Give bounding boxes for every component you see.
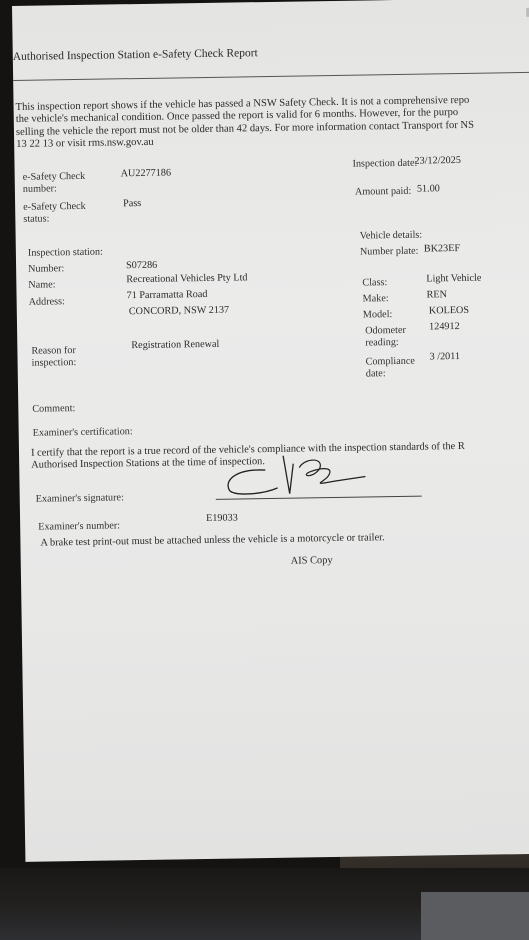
signature-label: Examiner's signature: (36, 492, 124, 505)
check-number-value: AU2277186 (121, 168, 172, 181)
station-name-label: Name: (28, 279, 55, 291)
plate-label: Number plate: (360, 245, 430, 258)
station-name-value: Recreational Vehicles Pty Ltd (126, 272, 247, 286)
make-label: Make: (363, 293, 389, 305)
vehicle-heading: Vehicle details: (360, 230, 423, 243)
certification-heading: Examiner's certification: (33, 426, 133, 440)
examiner-number-label: Examiner's number: (38, 520, 120, 533)
compliance-value: 3 /2011 (429, 351, 460, 363)
examiner-number-value: E19033 (206, 513, 238, 525)
check-status-label: e-Safety Check status: (23, 201, 103, 226)
report-paper: Authorised Inspection Station e-Safety C… (12, 0, 529, 862)
reason-label: Reason for inspection: (31, 344, 111, 369)
inspection-date-value: 23/12/2025 (414, 155, 461, 168)
station-address-line2: CONCORD, NSW 2137 (129, 305, 229, 319)
make-value: REN (427, 289, 448, 301)
title-divider (13, 72, 529, 81)
check-number-label: e-Safety Check number: (23, 171, 103, 196)
class-value: Light Vehicle (426, 273, 481, 286)
ais-copy-label: AIS Copy (291, 555, 333, 567)
compliance-label: Compliance date: (366, 355, 436, 380)
plate-value: BK23EF (424, 243, 460, 256)
floor-background (421, 892, 529, 940)
model-label: Model: (363, 309, 393, 321)
check-status-value: Pass (123, 198, 141, 210)
station-heading: Inspection station: (28, 247, 103, 260)
amount-paid-value: 51.00 (417, 183, 440, 195)
amount-paid-label: Amount paid: (355, 186, 425, 199)
station-address-line1: 71 Parramatta Road (126, 289, 207, 302)
odometer-value: 124912 (429, 321, 460, 333)
brake-test-note: A brake test print-out must be attached … (40, 532, 384, 549)
inspection-date-label: Inspection date: (352, 158, 422, 171)
class-label: Class: (362, 277, 387, 289)
station-address-label: Address: (29, 296, 65, 309)
reason-value: Registration Renewal (131, 339, 219, 352)
model-value: KOLEOS (429, 305, 469, 318)
station-number-label: Number: (28, 263, 64, 276)
intro-paragraph: This inspection report shows if the vehi… (16, 93, 529, 151)
odometer-label: Odometer reading: (365, 324, 435, 349)
comment-label: Comment: (32, 403, 75, 416)
document-title: Authorised Inspection Station e-Safety C… (13, 47, 258, 63)
examiner-signature (215, 448, 426, 501)
station-number-value: S07286 (126, 260, 157, 272)
